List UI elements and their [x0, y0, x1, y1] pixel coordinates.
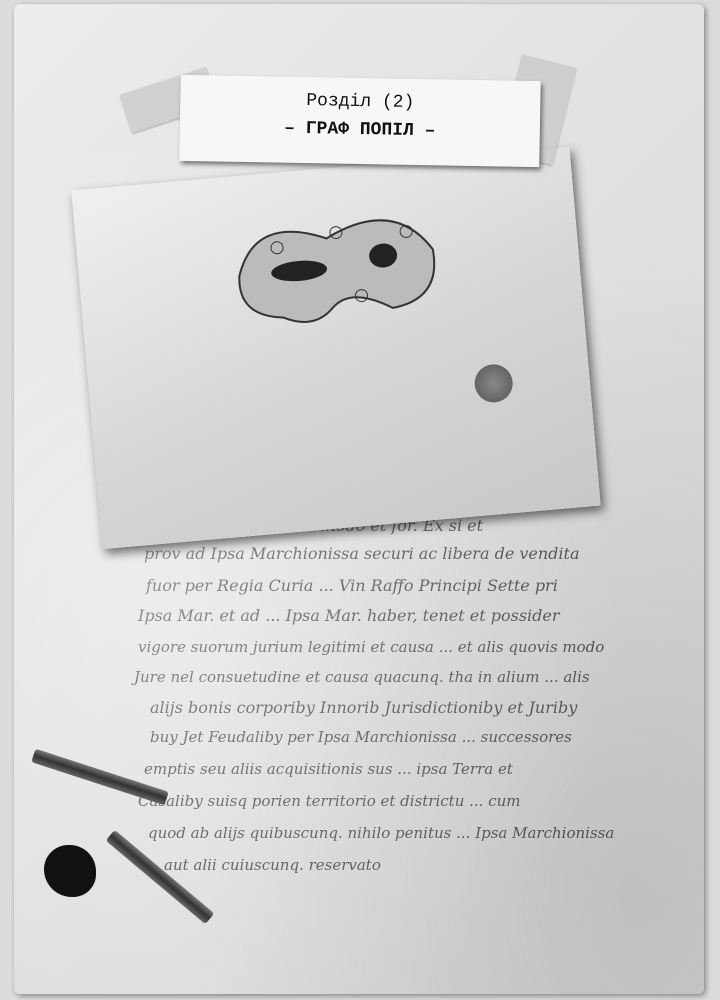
letter-photo	[71, 147, 600, 549]
handwriting-line: buy Jet Feudaliby per Ipsa Marchionissa …	[150, 728, 572, 746]
handwriting-line: alijs bonis corporiby Innorib Jurisdicti…	[150, 698, 577, 717]
handwriting-line: emptis seu aliis acquisitionis sus ... i…	[144, 760, 513, 778]
handwriting-line: Jure nel consuetudine et causa quacunq. …	[134, 668, 590, 686]
handwriting-line: quod ab alijs quibuscunq. nihilo penitus…	[148, 824, 614, 842]
ink-blot	[44, 845, 96, 897]
handwriting-line: aut alii cuiuscunq. reservato	[164, 856, 381, 874]
handwriting-line: vigore suorum jurium legitimi et causa .…	[138, 638, 604, 656]
handwriting-line: Ipsa Mar. et ad ... Ipsa Mar. haber, ten…	[138, 606, 560, 625]
chapter-title-card: Розділ (2) – ГРАФ ПОПІЛ –	[179, 75, 540, 167]
handwriting-line: fuor per Regia Curia ... Vin Raffo Princ…	[146, 576, 558, 595]
wax-seal	[473, 363, 514, 404]
mask-icon	[213, 188, 453, 338]
chapter-label: Розділ (2)	[180, 89, 540, 115]
handwriting-line: Casaliby suisq porien territorio et dist…	[138, 792, 520, 810]
chapter-title: – ГРАФ ПОПІЛ –	[180, 117, 540, 143]
handwriting-line: prov ad Ipsa Marchionissa securi ac libe…	[144, 544, 580, 563]
